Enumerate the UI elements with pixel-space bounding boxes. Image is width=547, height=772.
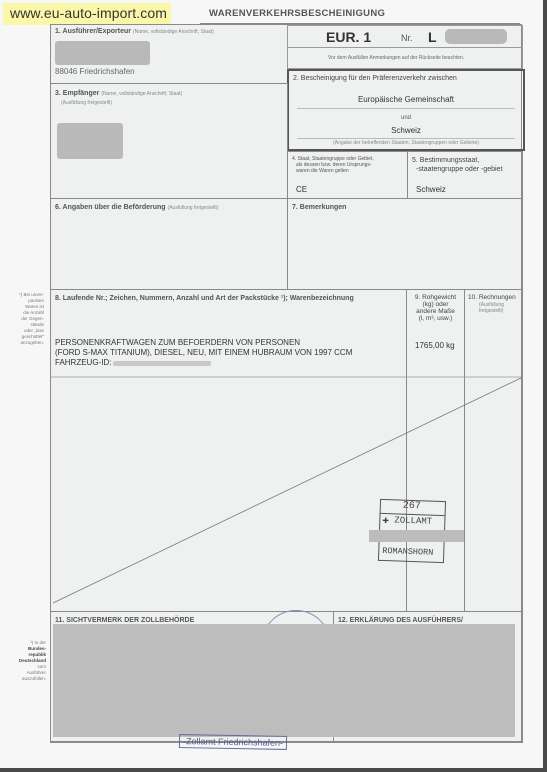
eur1-form: 1. Ausführer/Exporteur (Name, vollständi… xyxy=(50,24,522,742)
party-1: Europäische Gemeinschaft xyxy=(289,95,523,104)
watermark-text: www.eu-auto-import.com xyxy=(10,5,167,21)
stamp-number: 267 xyxy=(403,501,421,513)
swiss-cross-icon: ✚ xyxy=(382,513,389,527)
box-10-hint-2: freigestellt) xyxy=(479,308,504,314)
box-11-label: 11. SICHTVERMERK DER ZOLLBEHÖRDE xyxy=(55,617,194,624)
redacted-vehicle-id xyxy=(113,361,211,366)
destination-value: Schweiz xyxy=(416,185,446,194)
box-2-preference: 2. Bescheinigung für den Präferenzverkeh… xyxy=(287,69,525,151)
box-1-label: 1. Ausführer/Exporteur xyxy=(55,28,131,35)
box-5-label-1: 5. Bestimmungsstaat, xyxy=(412,156,502,165)
exporter-city: 88046 Friedrichshafen xyxy=(55,67,135,76)
box-6-label: 6. Angaben über die Beförderung xyxy=(55,204,166,211)
box-1-exporter: 1. Ausführer/Exporteur (Name, vollständi… xyxy=(50,24,288,84)
redacted-exporter-name xyxy=(55,41,150,65)
side-note-packaging: ¹) Bei unver-packtenWaren ist die Anzahl… xyxy=(6,292,44,346)
office-stamp: -Zollamt Friedrichshafen- xyxy=(179,734,287,750)
page-bottom-edge xyxy=(0,768,547,772)
box-12-label: 12. ERKLÄRUNG DES AUSFÜHRERS/ xyxy=(338,617,463,624)
box-8-goods: 8. Laufende Nr.; Zeichen, Nummern, Anzah… xyxy=(50,289,407,612)
redacted-cert-number xyxy=(445,29,507,44)
box-2-hint: (Angabe der betreffenden Staaten, Staate… xyxy=(289,140,523,146)
box-5-label-2: -staatengruppe oder -gebiet xyxy=(412,165,502,174)
box-4-origin: 4. Staat, Staatengruppe oder Gebiet, als… xyxy=(287,151,408,199)
document-page: www.eu-auto-import.com WARENVERKEHRSBESC… xyxy=(0,0,547,772)
box-6-transport: 6. Angaben über die Beförderung (Ausfüll… xyxy=(50,198,288,290)
box-9-label-1: 9. Rohgewicht xyxy=(407,294,464,301)
box-10-label: 10. Rechnungen xyxy=(468,294,516,301)
eur1-header: EUR. 1 Nr. L xyxy=(287,25,523,48)
box-5-destination: 5. Bestimmungsstaat, -staatengruppe oder… xyxy=(407,151,523,199)
box-9-label-4: (l, m³, usw.) xyxy=(407,315,464,322)
box-7-remarks: 7. Bemerkungen xyxy=(287,198,523,290)
page-right-edge xyxy=(543,0,547,772)
box-6-hint: (Ausfüllung freigestellt) xyxy=(168,205,219,211)
box-10-invoices: 10. Rechnungen (Ausfüllung freigestellt) xyxy=(464,289,523,612)
box-3-consignee: 3. Empfänger (Name, vollständige Anschri… xyxy=(50,83,288,199)
goods-line-3: FAHRZEUG-ID: xyxy=(55,358,111,367)
goods-line-1: PERSONENKRAFTWAGEN ZUM BEFOERDERN VON PE… xyxy=(55,338,300,347)
redacted-signatures xyxy=(53,624,515,737)
document-title: WARENVERKEHRSBESCHEINIGUNG xyxy=(209,8,385,19)
party-connector: und xyxy=(289,115,523,121)
redacted-stamp-date xyxy=(369,530,464,542)
redacted-consignee xyxy=(57,123,123,159)
stamp-place: ROMANSHORN xyxy=(382,546,433,558)
form-code: EUR. 1 xyxy=(326,29,371,45)
goods-line-2: (FORD S-MAX TITANIUM), DIESEL, NEU, MIT … xyxy=(55,348,352,357)
stamp-office: ZOLLAMT xyxy=(394,515,432,526)
watermark: www.eu-auto-import.com xyxy=(3,3,171,25)
box-9-label-2: (kg) oder xyxy=(407,301,464,308)
box-3-label: 3. Empfänger xyxy=(55,90,99,97)
origin-value: CE xyxy=(296,185,307,194)
box-9-weight: 9. Rohgewicht (kg) oder andere Maße (l, … xyxy=(406,289,465,612)
side-note-germany: ²) In derBundes-republik DeutschlandvomA… xyxy=(6,640,46,682)
instruction-note-cell: Vor dem Ausfüllen Anmerkungen auf der Rü… xyxy=(287,47,523,69)
instruction-note: Vor dem Ausfüllen Anmerkungen auf der Rü… xyxy=(328,55,464,61)
box-4-label-3: waren die Waren gelten xyxy=(292,168,374,174)
party-2: Schweiz xyxy=(289,126,523,135)
weight-value: 1765,00 kg xyxy=(415,341,455,350)
box-9-label-3: andere Maße xyxy=(407,308,464,315)
box-7-label: 7. Bemerkungen xyxy=(292,204,346,211)
box-3-hint-2: (Ausfüllung freigestellt) xyxy=(61,100,112,106)
box-3-hint: (Name, vollständige Anschrift, Staat) xyxy=(101,91,182,97)
box-8-label: 8. Laufende Nr.; Zeichen, Nummern, Anzah… xyxy=(55,295,354,302)
box-2-label: 2. Bescheinigung für den Präferenzverkeh… xyxy=(293,75,457,82)
box-1-hint: (Name, vollständige Anschrift, Staat) xyxy=(133,29,214,35)
nr-prefix: L xyxy=(428,29,437,45)
nr-label: Nr. xyxy=(401,33,413,43)
